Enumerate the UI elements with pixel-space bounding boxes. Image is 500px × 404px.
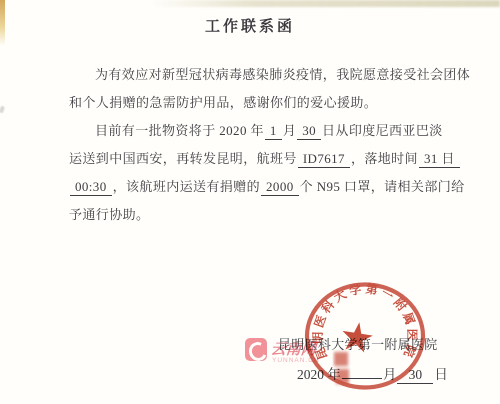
- paragraph2-line3: 00:30，该航班内运送有捐赠的2000个 N95 口罩，请相关部门给: [69, 176, 465, 196]
- p2l1-text: 月: [283, 123, 296, 138]
- p2l3-text: ，该航班内运送有捐赠的: [113, 179, 260, 194]
- p2l2-text: ，落地时间: [351, 151, 418, 166]
- blank-departure-day: 30: [297, 123, 321, 140]
- paragraph1-line1: 为有效应对新型冠状病毒感染肺炎疫情，我院愿意接受社会团体: [95, 64, 470, 83]
- yunnan-net-logo-icon: [245, 338, 267, 361]
- blank-landing-day: 31 日: [419, 148, 460, 168]
- paragraph2-line1: 目前有一批物资将于 2020 年1月30日从印度尼西亚巴淡: [95, 120, 443, 140]
- photo-edge-smudge: [0, 106, 5, 114]
- blank-departure-month: 1: [265, 123, 282, 140]
- blank-mask-quantity: 2000: [261, 179, 299, 196]
- blank-flight-number: ID7617: [298, 151, 350, 168]
- paragraph1-line2: 和个人捐赠的急需防护用品，感谢你们的爱心援助。: [69, 92, 377, 111]
- date-day-label: 日: [434, 367, 448, 382]
- stamp-inner-marks: [334, 352, 349, 384]
- paragraph2-line2: 运送到中国西安，再转发昆明，航班号ID7617，落地时间31 日: [69, 148, 461, 168]
- p2l1-text: 日从印度尼西亚巴淡: [322, 123, 443, 138]
- official-stamp-seal: 昆明医科大学第一附属医院 ★: [303, 281, 427, 391]
- photo-edge-artifact-top: [150, 0, 500, 7]
- p2l2-text: 运送到中国西安，再转发昆明，航班号: [69, 151, 297, 166]
- p2l3-text: 个 N95 口罩，请相关部门给: [300, 179, 465, 194]
- blank-landing-time: 00:30: [70, 179, 112, 196]
- paragraph2-line4: 予通行协助。: [69, 204, 149, 223]
- p2l1-text: 目前有一批物资将于 2020 年: [95, 123, 264, 138]
- letter-title: 工作联系函: [0, 15, 500, 36]
